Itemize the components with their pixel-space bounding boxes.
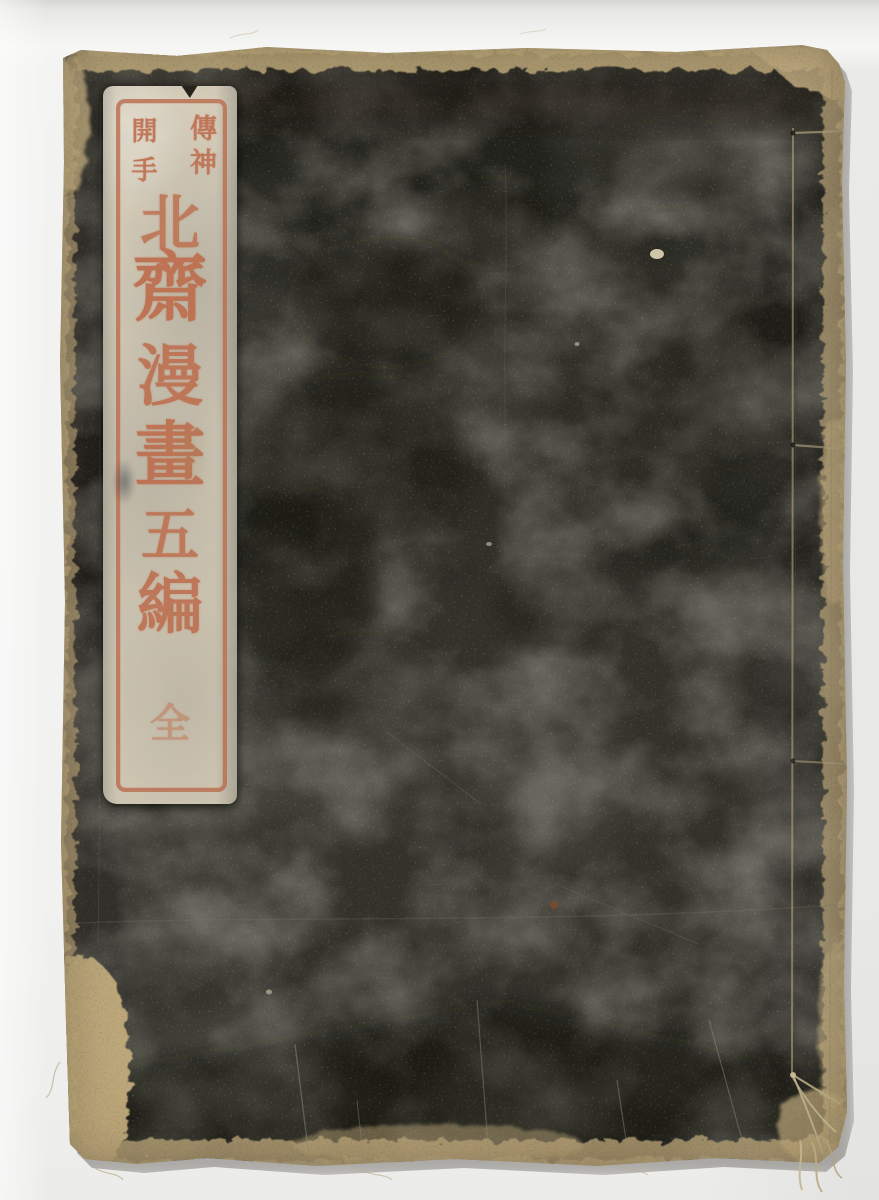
title-slip: 傳神 開手 北 齋 漫 畫 五 編 全 — [103, 86, 237, 804]
label-subtitle-right-column: 傳神 — [187, 114, 214, 182]
label-volume-mark: 全 — [150, 704, 190, 744]
label-title-char-6: 編 — [137, 572, 203, 638]
paper-stain — [169, 408, 215, 504]
ink-smudge — [109, 452, 139, 512]
label-notch — [181, 86, 198, 98]
label-title-char-5: 五 — [141, 506, 199, 564]
label-title-char-2: 齋 — [132, 250, 208, 326]
label-title-char-3: 漫 — [137, 344, 203, 410]
label-subtitle-left-column: 開手 — [129, 117, 155, 195]
scanner-background: 傳神 開手 北 齋 漫 畫 五 編 全 — [0, 0, 879, 1200]
book-cover: 傳神 開手 北 齋 漫 畫 五 編 全 — [57, 42, 849, 1170]
